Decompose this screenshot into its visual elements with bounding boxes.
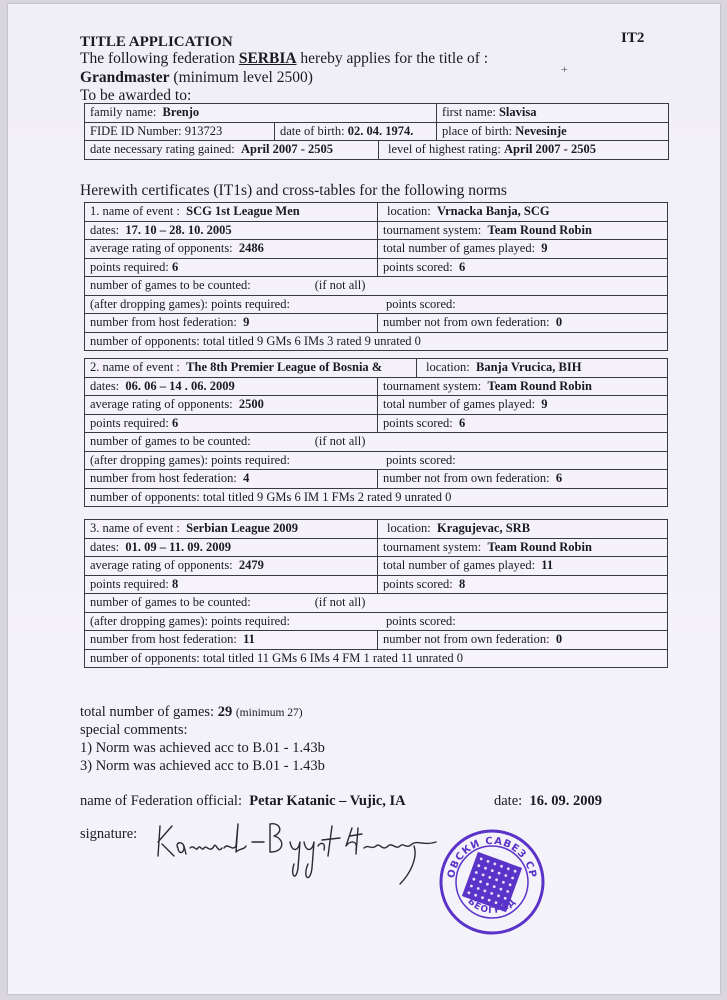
points-required-cell: points required: 6 — [85, 414, 378, 433]
points-required-cell: points required: 8 — [85, 575, 378, 594]
rating-gained-cell: date necessary rating gained: April 2007… — [85, 141, 379, 160]
fide-id-cell: FIDE ID Number: 913723 — [85, 122, 275, 141]
avg-rating-cell: average rating of opponents: 2479 — [85, 557, 378, 576]
table-row: dates: 01. 09 – 11. 09. 2009 tournament … — [85, 538, 668, 557]
norm-table-2: 2. name of event : The 8th Premier Leagu… — [84, 358, 668, 507]
first-name-cell: first name: Slavisa — [437, 104, 669, 123]
games-counted-cell: number of games to be counted:(if not al… — [85, 594, 668, 613]
total-games-value: 29 — [218, 704, 233, 720]
points-scored-cell: points scored: 6 — [378, 258, 668, 277]
table-row: 1. name of event : SCG 1st League Men lo… — [85, 203, 668, 222]
table-row: number of games to be counted:(if not al… — [85, 594, 668, 613]
title-applied-line: Grandmaster (minimum level 2500) — [80, 69, 313, 87]
table-row: FIDE ID Number: 913723 date of birth: 02… — [85, 122, 669, 141]
tournament-system-cell: tournament system: Team Round Robin — [378, 538, 668, 557]
comment-item: 3) Norm was achieved acc to B.01 - 1.43b — [80, 758, 325, 775]
location-cell: location: Vrnacka Banja, SCG — [378, 203, 668, 222]
host-federation-cell: number from host federation: 9 — [85, 314, 378, 333]
not-own-federation-cell: number not from own federation: 6 — [378, 470, 668, 489]
points-required-cell: points required: 6 — [85, 258, 378, 277]
tournament-system-cell: tournament system: Team Round Robin — [378, 377, 668, 396]
games-played-cell: total number of games played: 9 — [378, 396, 668, 415]
federation-stamp: ШАХОВСКИ САВЕЗ СРБИЈЕ БЕОГРАД — [436, 826, 548, 938]
games-played-cell: total number of games played: 9 — [378, 240, 668, 259]
table-row: number from host federation: 11 number n… — [85, 631, 668, 650]
dates-cell: dates: 01. 09 – 11. 09. 2009 — [85, 538, 378, 557]
location-cell: location: Kragujevac, SRB — [378, 520, 668, 539]
norms-heading: Herewith certificates (IT1s) and cross-t… — [80, 182, 507, 200]
table-row: number of games to be counted:(if not al… — [85, 433, 668, 452]
host-federation-cell: number from host federation: 11 — [85, 631, 378, 650]
table-row: number from host federation: 4 number no… — [85, 470, 668, 489]
not-own-federation-cell: number not from own federation: 0 — [378, 314, 668, 333]
event-name-cell: 3. name of event : Serbian League 2009 — [85, 520, 378, 539]
player-table: family name: Brenjo first name: Slavisa … — [84, 103, 669, 160]
federation-name: SERBIA — [239, 50, 297, 67]
games-counted-cell: number of games to be counted:(if not al… — [85, 277, 668, 296]
official-date: 16. 09. 2009 — [529, 793, 602, 809]
table-row: points required: 8 points scored: 8 — [85, 575, 668, 594]
official-line: name of Federation official: Petar Katan… — [80, 793, 406, 810]
avg-rating-cell: average rating of opponents: 2486 — [85, 240, 378, 259]
table-row: average rating of opponents: 2500 total … — [85, 396, 668, 415]
opponents-cell: number of opponents: total titled 9 GMs … — [85, 488, 668, 507]
table-row: points required: 6 points scored: 6 — [85, 258, 668, 277]
norm-table-1: 1. name of event : SCG 1st League Men lo… — [84, 202, 668, 351]
norm-table-3: 3. name of event : Serbian League 2009 l… — [84, 519, 668, 668]
opponents-cell: number of opponents: total titled 11 GMs… — [85, 649, 668, 668]
not-own-federation-cell: number not from own federation: 0 — [378, 631, 668, 650]
highest-rating-cell: level of highest rating: April 2007 - 25… — [379, 141, 669, 160]
date-line: date: 16. 09. 2009 — [494, 793, 602, 810]
table-row: 3. name of event : Serbian League 2009 l… — [85, 520, 668, 539]
signature-label: signature: — [80, 826, 137, 843]
location-cell: location: Banja Vrucica, BIH — [417, 359, 668, 378]
event-name-cell: 2. name of event : The 8th Premier Leagu… — [85, 359, 417, 378]
table-row: number of games to be counted:(if not al… — [85, 277, 668, 296]
document-title: TITLE APPLICATION — [80, 34, 233, 51]
table-row: (after dropping games): points required:… — [85, 295, 668, 314]
games-counted-cell: number of games to be counted:(if not al… — [85, 433, 668, 452]
table-row: average rating of opponents: 2486 total … — [85, 240, 668, 259]
points-scored-cell: points scored: 8 — [378, 575, 668, 594]
table-row: points required: 6 points scored: 6 — [85, 414, 668, 433]
table-row: (after dropping games): points required:… — [85, 451, 668, 470]
games-played-cell: total number of games played: 11 — [378, 557, 668, 576]
table-row: number from host federation: 9 number no… — [85, 314, 668, 333]
table-row: date necessary rating gained: April 2007… — [85, 141, 669, 160]
after-dropping-cell: (after dropping games): points required:… — [85, 295, 668, 314]
table-row: dates: 06. 06 – 14 . 06. 2009 tournament… — [85, 377, 668, 396]
table-row: 2. name of event : The 8th Premier Leagu… — [85, 359, 668, 378]
scan-mark: + — [561, 62, 568, 77]
form-code: IT2 — [621, 30, 644, 47]
title-applied: Grandmaster — [80, 69, 170, 86]
dates-cell: dates: 06. 06 – 14 . 06. 2009 — [85, 377, 378, 396]
dob-cell: date of birth: 02. 04. 1974. — [275, 122, 437, 141]
points-scored-cell: points scored: 6 — [378, 414, 668, 433]
host-federation-cell: number from host federation: 4 — [85, 470, 378, 489]
table-row: dates: 17. 10 – 28. 10. 2005 tournament … — [85, 221, 668, 240]
table-row: family name: Brenjo first name: Slavisa — [85, 104, 669, 123]
opponents-cell: number of opponents: total titled 9 GMs … — [85, 332, 668, 351]
family-name-cell: family name: Brenjo — [85, 104, 437, 123]
table-row: number of opponents: total titled 9 GMs … — [85, 488, 668, 507]
document-page: TITLE APPLICATION IT2 + The following fe… — [8, 4, 720, 994]
table-row: (after dropping games): points required:… — [85, 612, 668, 631]
tournament-system-cell: tournament system: Team Round Robin — [378, 221, 668, 240]
table-row: number of opponents: total titled 9 GMs … — [85, 332, 668, 351]
table-row: number of opponents: total titled 11 GMs… — [85, 649, 668, 668]
after-dropping-cell: (after dropping games): points required:… — [85, 451, 668, 470]
comments-label: special comments: — [80, 722, 188, 739]
comment-item: 1) Norm was achieved acc to B.01 - 1.43b — [80, 740, 325, 757]
after-dropping-cell: (after dropping games): points required:… — [85, 612, 668, 631]
signature-image — [152, 812, 452, 892]
dates-cell: dates: 17. 10 – 28. 10. 2005 — [85, 221, 378, 240]
pob-cell: place of birth: Nevesinje — [437, 122, 669, 141]
official-name: Petar Katanic – Vujic, IA — [249, 793, 405, 809]
total-games-line: total number of games: 29 (minimum 27) — [80, 704, 303, 721]
federation-line: The following federation SERBIA hereby a… — [80, 50, 488, 68]
event-name-cell: 1. name of event : SCG 1st League Men — [85, 203, 378, 222]
table-row: average rating of opponents: 2479 total … — [85, 557, 668, 576]
avg-rating-cell: average rating of opponents: 2500 — [85, 396, 378, 415]
